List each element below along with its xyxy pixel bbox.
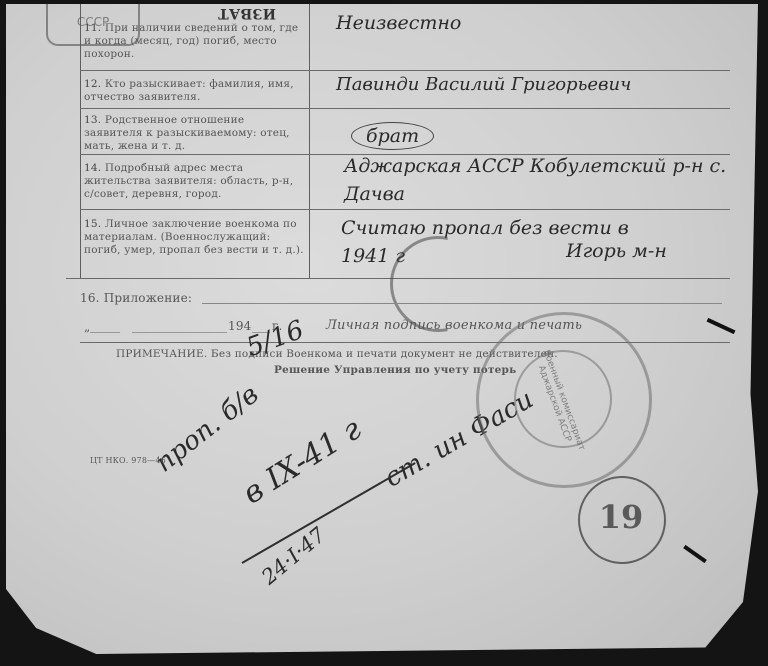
date-month-line [132, 332, 227, 333]
form-code: ЦТ НКО. 978—46 [90, 454, 166, 467]
handwritten-address: Аджарская АССР Кобулетский р-н с. Дачва [344, 152, 734, 208]
field-11-label: 11. При наличии сведений о том, где и ко… [84, 22, 306, 61]
row-divider [80, 70, 730, 71]
left-column-border [80, 4, 81, 278]
handwritten-applicant-name: Павинди Василий Григорьевич [336, 74, 631, 95]
header-text-fragment: ИЗВАТ [218, 6, 276, 19]
handwritten-decision-line2: в IX-41 г [237, 412, 368, 512]
document-sheet: СССР ИЗВАТ 11. При наличии сведений о то… [6, 4, 758, 654]
field-15-label: 15. Личное заключение военкома по матери… [84, 218, 306, 257]
paper-tear [707, 318, 736, 334]
row-divider [80, 209, 730, 210]
date-year-prefix: 194 [228, 320, 252, 333]
field-12-label: 12. Кто разыскивает: фамилия, имя, отчес… [84, 78, 306, 104]
date-day-line [90, 332, 120, 333]
row-divider [80, 108, 730, 109]
field-13-label: 13. Родственное отношение заявителя к ра… [84, 114, 306, 153]
handwritten-relation: брат [351, 122, 434, 150]
attachment-line [202, 303, 722, 304]
handwritten-signature: Игорь м-н [566, 240, 667, 262]
paper-tear [683, 545, 707, 563]
handwritten-top-note: Неизвестно [336, 12, 461, 34]
field-14-label: 14. Подробный адрес места жительства зая… [84, 162, 306, 201]
attachment-label: 16. Приложение: [80, 292, 192, 305]
signature-divider [80, 342, 730, 343]
number-circle-value: 19 [578, 498, 664, 536]
handwritten-decision-line1: проп. б/в [150, 380, 265, 479]
right-column-border [309, 4, 310, 278]
